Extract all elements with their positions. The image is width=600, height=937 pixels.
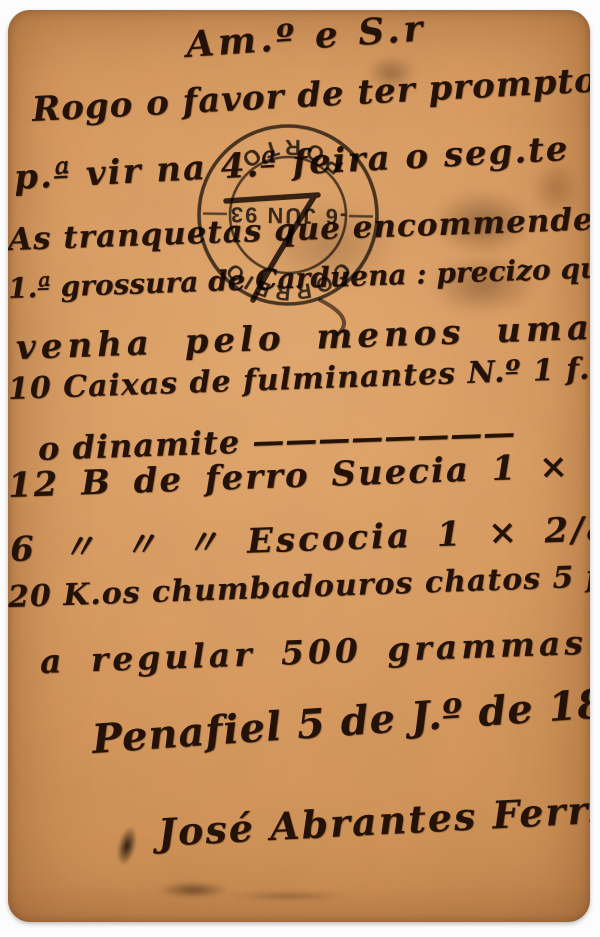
postmark-arc-top-text: CORREIO	[219, 255, 356, 305]
svg-text:CORREIO: CORREIO	[219, 255, 356, 305]
svg-text:PORTO: PORTO	[230, 134, 348, 180]
dateline: Penafiel 5 de J.º de 1893	[90, 676, 590, 763]
scanned-postcard-image: Am.º e S.r Rogo o favor de ter prompto p…	[0, 0, 600, 937]
ink-smear	[228, 892, 348, 900]
signature: José Abrantes Ferr.ª	[157, 786, 590, 855]
handwritten-line: a regular 500 grammas —	[39, 621, 590, 681]
postmark-stamp: CORREIO PORTO -6 JUN 93	[189, 116, 386, 313]
postmark-date-text: -6 JUN 93	[229, 202, 348, 229]
postmark-arc-bottom-text: PORTO	[230, 134, 348, 180]
handwritten-line: 6 〃 〃 〃 Escocia 1 × 2/8 —	[9, 499, 590, 571]
ink-smear	[158, 882, 228, 898]
ink-blob	[113, 824, 140, 867]
salutation-line: Am.º e S.r	[185, 10, 428, 66]
